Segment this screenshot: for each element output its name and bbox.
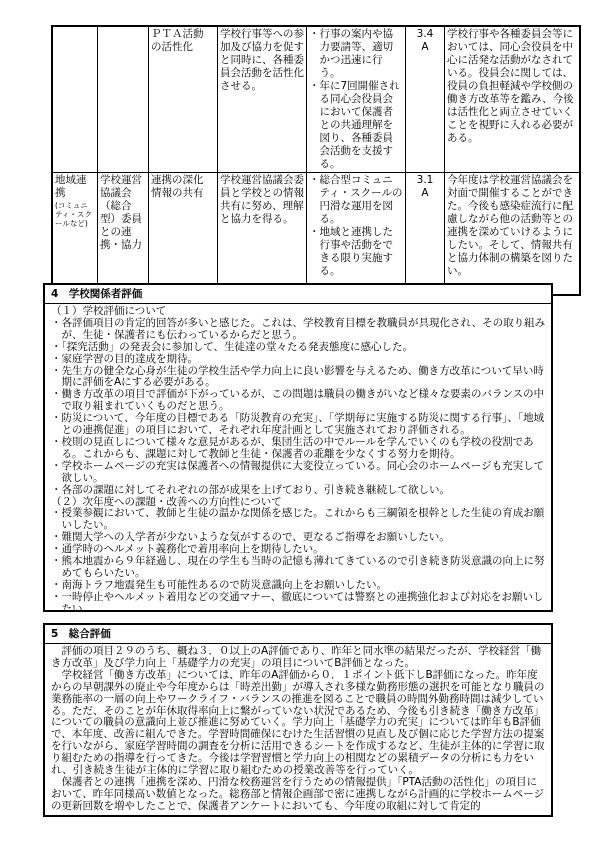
rating-score: 3.4 [408,28,442,41]
comment-item: ・授業参観において、教師と生徒の温かな関係を感じた。これからも三綱領を根幹とした… [51,508,547,532]
cell-subcategory [98,26,149,173]
category-note: (コミュニティ・スクールなど) [55,201,95,228]
goal-title-text: ＰＴＡ活動 の活性化 [151,28,204,53]
overall-paragraph: 保護者との連携「連携を深め、円滑な校務運営を行うための情報提供」「PTA活動の活… [51,777,547,813]
category-text: 地域連携 [55,174,95,200]
overall-paragraph: 学校経営「働き方改革」については、昨年のA評価から０．１ポイント低下しB評価にな… [51,670,547,777]
comment-item: ・各評価項目の肯定的回答が多いと感じた。これは、学校教育目標を教職員が具現化され… [51,318,547,342]
measure-item: ・行事の案内や協力要請等、適切かつ迅速に行う。 [309,28,403,80]
section5-body: 評価の項目２９のうち、概ね３．０以上のA評価であり、昨年と同水準の結果だったが、… [45,644,551,816]
comment-item: ・先生方の健全な心身が生徒の学校生活や学力向上に良い影響を与えるため、働き方改革… [51,366,547,390]
cell-rating: 3.1 A [406,173,445,296]
cell-goal-title: 連携の深化 情報の共有 [149,173,218,296]
table-row: 地域連携 (コミュニティ・スクールなど) 学校運営協議会（総合型）委員との連携・… [52,173,580,296]
section4-heading: 4 学校関係者評価 [45,285,551,304]
cell-category [52,26,98,173]
comment-item: ・「探究活動」の発表会に参加して、生徒達の堂々たる発表態度に感心した。 [51,342,547,354]
rating-score: 3.1 [408,174,442,187]
cell-category: 地域連携 (コミュニティ・スクールなど) [52,173,98,296]
cell-goal-desc: 学校行事等への参加及び協力を促すと同時に、各種委員会活動を活性化させる。 [218,26,307,173]
section-stakeholder-evaluation: 4 学校関係者評価 （１）学校評価について ・各評価項目の肯定的回答が多いと感じ… [43,283,553,612]
measure-item: ・地域と連携した行事や活動をできる限り実施する。 [309,226,403,278]
cell-goal-desc: 学校運営協議会委員と学校との情報共有に努め、理解と協力を得る。 [218,173,307,296]
comment-item: ・校則の見直しについて様々な意見があるが、集団生活の中でルールを学んでいくのも学… [51,437,547,461]
cell-rating: 3.4 A [406,26,445,173]
section5-heading: 5 総合評価 [45,625,551,644]
section-overall-evaluation: 5 総合評価 評価の項目２９のうち、概ね３．０以上のA評価であり、昨年と同水準の… [43,623,553,817]
comment-item: ・各部の課題に対してそれぞれの部が成果を上げており、引き続き継続して欲しい。 [51,485,547,497]
comment-item: ・防災について、今年度の目標である「防災教育の充実」、「学期毎に実施する防災に関… [51,413,547,437]
cell-subcategory: 学校運営協議会（総合型）委員との連携・協力 [98,173,149,296]
cell-comment: 今年度は学校運営協議会を対面で開催することができた。今後も感染症流行に配慮しなが… [445,173,581,296]
comment-item: ・学校ホームページの充実は保護者への情報提供に大変役立っている。同心会のホームペ… [51,461,547,485]
overall-paragraph: 評価の項目２９のうち、概ね３．０以上のA評価であり、昨年と同水準の結果だったが、… [51,646,547,670]
comment-item: ・一時停止やヘルメット着用などの交通マナー、徹底については警察との連携強化および… [51,592,547,612]
cell-measures: ・行事の案内や協力要請等、適切かつ迅速に行う。 ・年に7回開催される同心会役員会… [307,26,406,173]
cell-comment: 学校行事や各種委員会等においては、同心会役員を中心に活発な活動がなされている。役… [445,26,581,173]
rating-grade: A [408,187,442,200]
measure-item: ・年に7回開催される同心会役員会において保護者との共通理解を図り、各種委員会活動… [309,80,403,171]
cell-measures: ・総合型コミュニティ・スクールの円滑な運用を図る。 ・地域と連携した行事や活動を… [307,173,406,296]
rating-grade: A [408,41,442,54]
table-row: ＰＴＡ活動 の活性化 学校行事等への参加及び協力を促すと同時に、各種委員会活動を… [52,26,580,173]
evaluation-table: ＰＴＡ活動 の活性化 学校行事等への参加及び協力を促すと同時に、各種委員会活動を… [51,25,581,296]
comment-item: ・家庭学習の目的達成を期待。 [51,354,547,366]
comment-item: ・熊本地震から９年経過し、現在の学生も当時の記憶も薄れてきているので引き続き防災… [51,556,547,580]
measure-item: ・総合型コミュニティ・スクールの円滑な運用を図る。 [309,174,403,226]
section4-body: （１）学校評価について ・各評価項目の肯定的回答が多いと感じた。これは、学校教育… [45,304,551,612]
comment-item: ・南海トラフ地震発生も可能性あるので防災意識向上をお願いしたい。 [51,580,547,592]
cell-goal-title: ＰＴＡ活動 の活性化 [149,26,218,173]
goal-title-text: 連携の深化 情報の共有 [151,174,204,199]
comment-item: ・働き方改革の項目で評価が下がっているが、この問題は職員の働きがいなど様々な要素… [51,389,547,413]
